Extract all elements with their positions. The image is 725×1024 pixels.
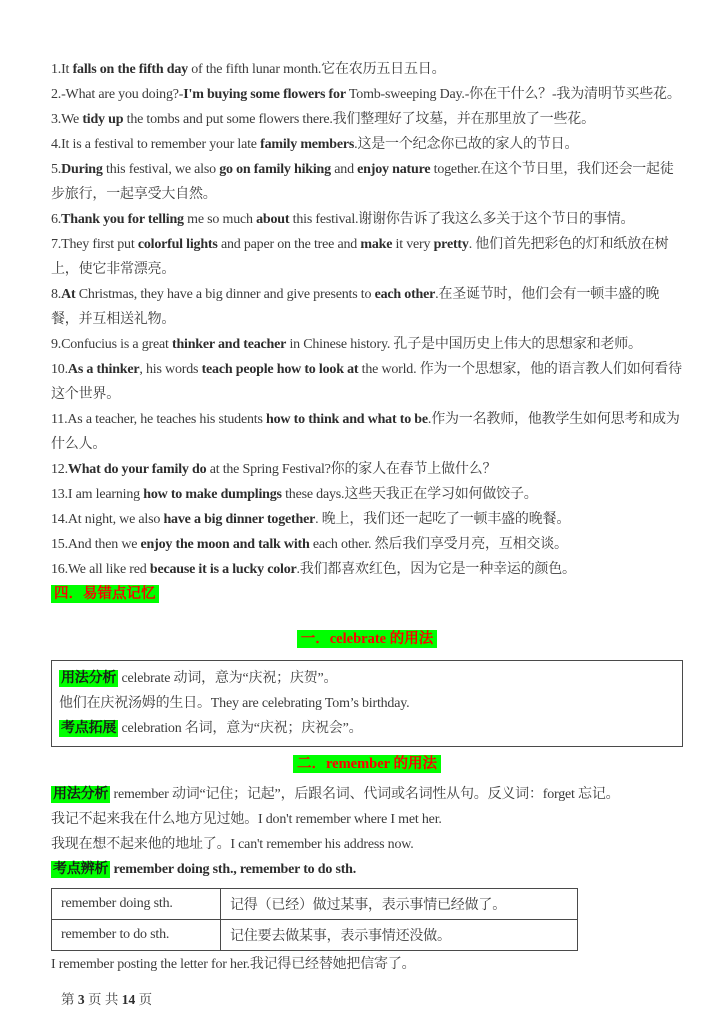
- remember-heading-label: 二．remember 的用法: [293, 755, 441, 773]
- celebrate-expand-text: celebration 名词，意为“庆祝；庆祝会”。: [118, 721, 362, 736]
- sentence-2: 2.-What are you doing?-I'm buying some f…: [51, 82, 683, 107]
- table-cell-zh: 记得（已经）做过某事，表示事情已经做了。: [221, 889, 578, 920]
- sentence-6: 6.Thank you for telling me so much about…: [51, 207, 683, 232]
- table-row: remember to do sth. 记住要去做某事，表示事情还没做。: [52, 920, 578, 951]
- celebrate-expand-line: 考点拓展 celebration 名词，意为“庆祝；庆祝会”。: [59, 716, 675, 741]
- remember-section: 用法分析 remember 动词“记住；记起”，后跟名词、代词或名词性从句。反义…: [51, 782, 683, 977]
- table-cell-zh: 记住要去做某事，表示事情还没做。: [221, 920, 578, 951]
- sentence-9: 9.Confucius is a great thinker and teach…: [51, 332, 683, 357]
- remember-example-1: 我记不起来我在什么地方见过她。I don't remember where I …: [51, 807, 683, 832]
- sentence-12: 12.What do your family do at the Spring …: [51, 457, 683, 482]
- remember-comparison-table: remember doing sth. 记得（已经）做过某事，表示事情已经做了。…: [51, 888, 578, 951]
- table-row: remember doing sth. 记得（已经）做过某事，表示事情已经做了。: [52, 889, 578, 920]
- sentence-13: 13.I am learning how to make dumplings t…: [51, 482, 683, 507]
- remember-analysis-line: 考点辨析 remember doing sth., remember to do…: [51, 857, 683, 882]
- document-page: 1.It falls on the fifth day of the fifth…: [0, 0, 725, 1024]
- remember-usage-line: 用法分析 remember 动词“记住；记起”，后跟名词、代词或名词性从句。反义…: [51, 782, 683, 807]
- section4-heading: 四．易错点记忆: [51, 582, 683, 607]
- sentence-15: 15.And then we enjoy the moon and talk w…: [51, 532, 683, 557]
- remember-usage-text: remember 动词“记住；记起”，后跟名词、代词或名词性从句。反义词：for…: [110, 787, 619, 802]
- document-content: 1.It falls on the fifth day of the fifth…: [0, 0, 725, 1012]
- key-point-expand-label: 考点拓展: [59, 720, 118, 737]
- section4-heading-label: 四．易错点记忆: [51, 585, 159, 603]
- celebrate-usage-box: 用法分析 celebrate 动词，意为“庆祝；庆贺”。 他们在庆祝汤姆的生日。…: [51, 660, 683, 747]
- sentence-10: 10.As a thinker, his words teach people …: [51, 357, 683, 407]
- celebrate-heading-label: 一．celebrate 的用法: [297, 630, 437, 648]
- remember-example-3: I remember posting the letter for her.我记…: [51, 952, 683, 977]
- celebrate-example: 他们在庆祝汤姆的生日。They are celebrating Tom’s bi…: [59, 691, 675, 716]
- sentence-14: 14.At night, we also have a big dinner t…: [51, 507, 683, 532]
- remember-example-2: 我现在想不起来他的地址了。I can't remember his addres…: [51, 832, 683, 857]
- sentence-4: 4.It is a festival to remember your late…: [51, 132, 683, 157]
- celebrate-heading: 一．celebrate 的用法: [51, 627, 683, 652]
- usage-analysis-label: 用法分析: [59, 670, 118, 687]
- sentence-8: 8.At Christmas, they have a big dinner a…: [51, 282, 683, 332]
- sentence-7: 7.They first put colorful lights and pap…: [51, 232, 683, 282]
- sentence-11: 11.As a teacher, he teaches his students…: [51, 407, 683, 457]
- sentence-5: 5.During this festival, we also go on fa…: [51, 157, 683, 207]
- table-cell-en: remember to do sth.: [52, 920, 221, 951]
- page-footer: 第 3 页 共 14 页: [61, 987, 683, 1012]
- remember-heading: 二．remember 的用法: [51, 752, 683, 777]
- table-cell-en: remember doing sth.: [52, 889, 221, 920]
- celebrate-usage-text: celebrate 动词，意为“庆祝；庆贺”。: [118, 671, 337, 686]
- sentence-3: 3.We tidy up the tombs and put some flow…: [51, 107, 683, 132]
- sentence-1: 1.It falls on the fifth day of the fifth…: [51, 57, 683, 82]
- remember-analysis-text: remember doing sth., remember to do sth.: [110, 862, 356, 877]
- usage-analysis-label: 用法分析: [51, 786, 110, 803]
- key-point-discrimination-label: 考点辨析: [51, 861, 110, 878]
- sentence-16: 16.We all like red because it is a lucky…: [51, 557, 683, 582]
- celebrate-usage-line: 用法分析 celebrate 动词，意为“庆祝；庆贺”。: [59, 666, 675, 691]
